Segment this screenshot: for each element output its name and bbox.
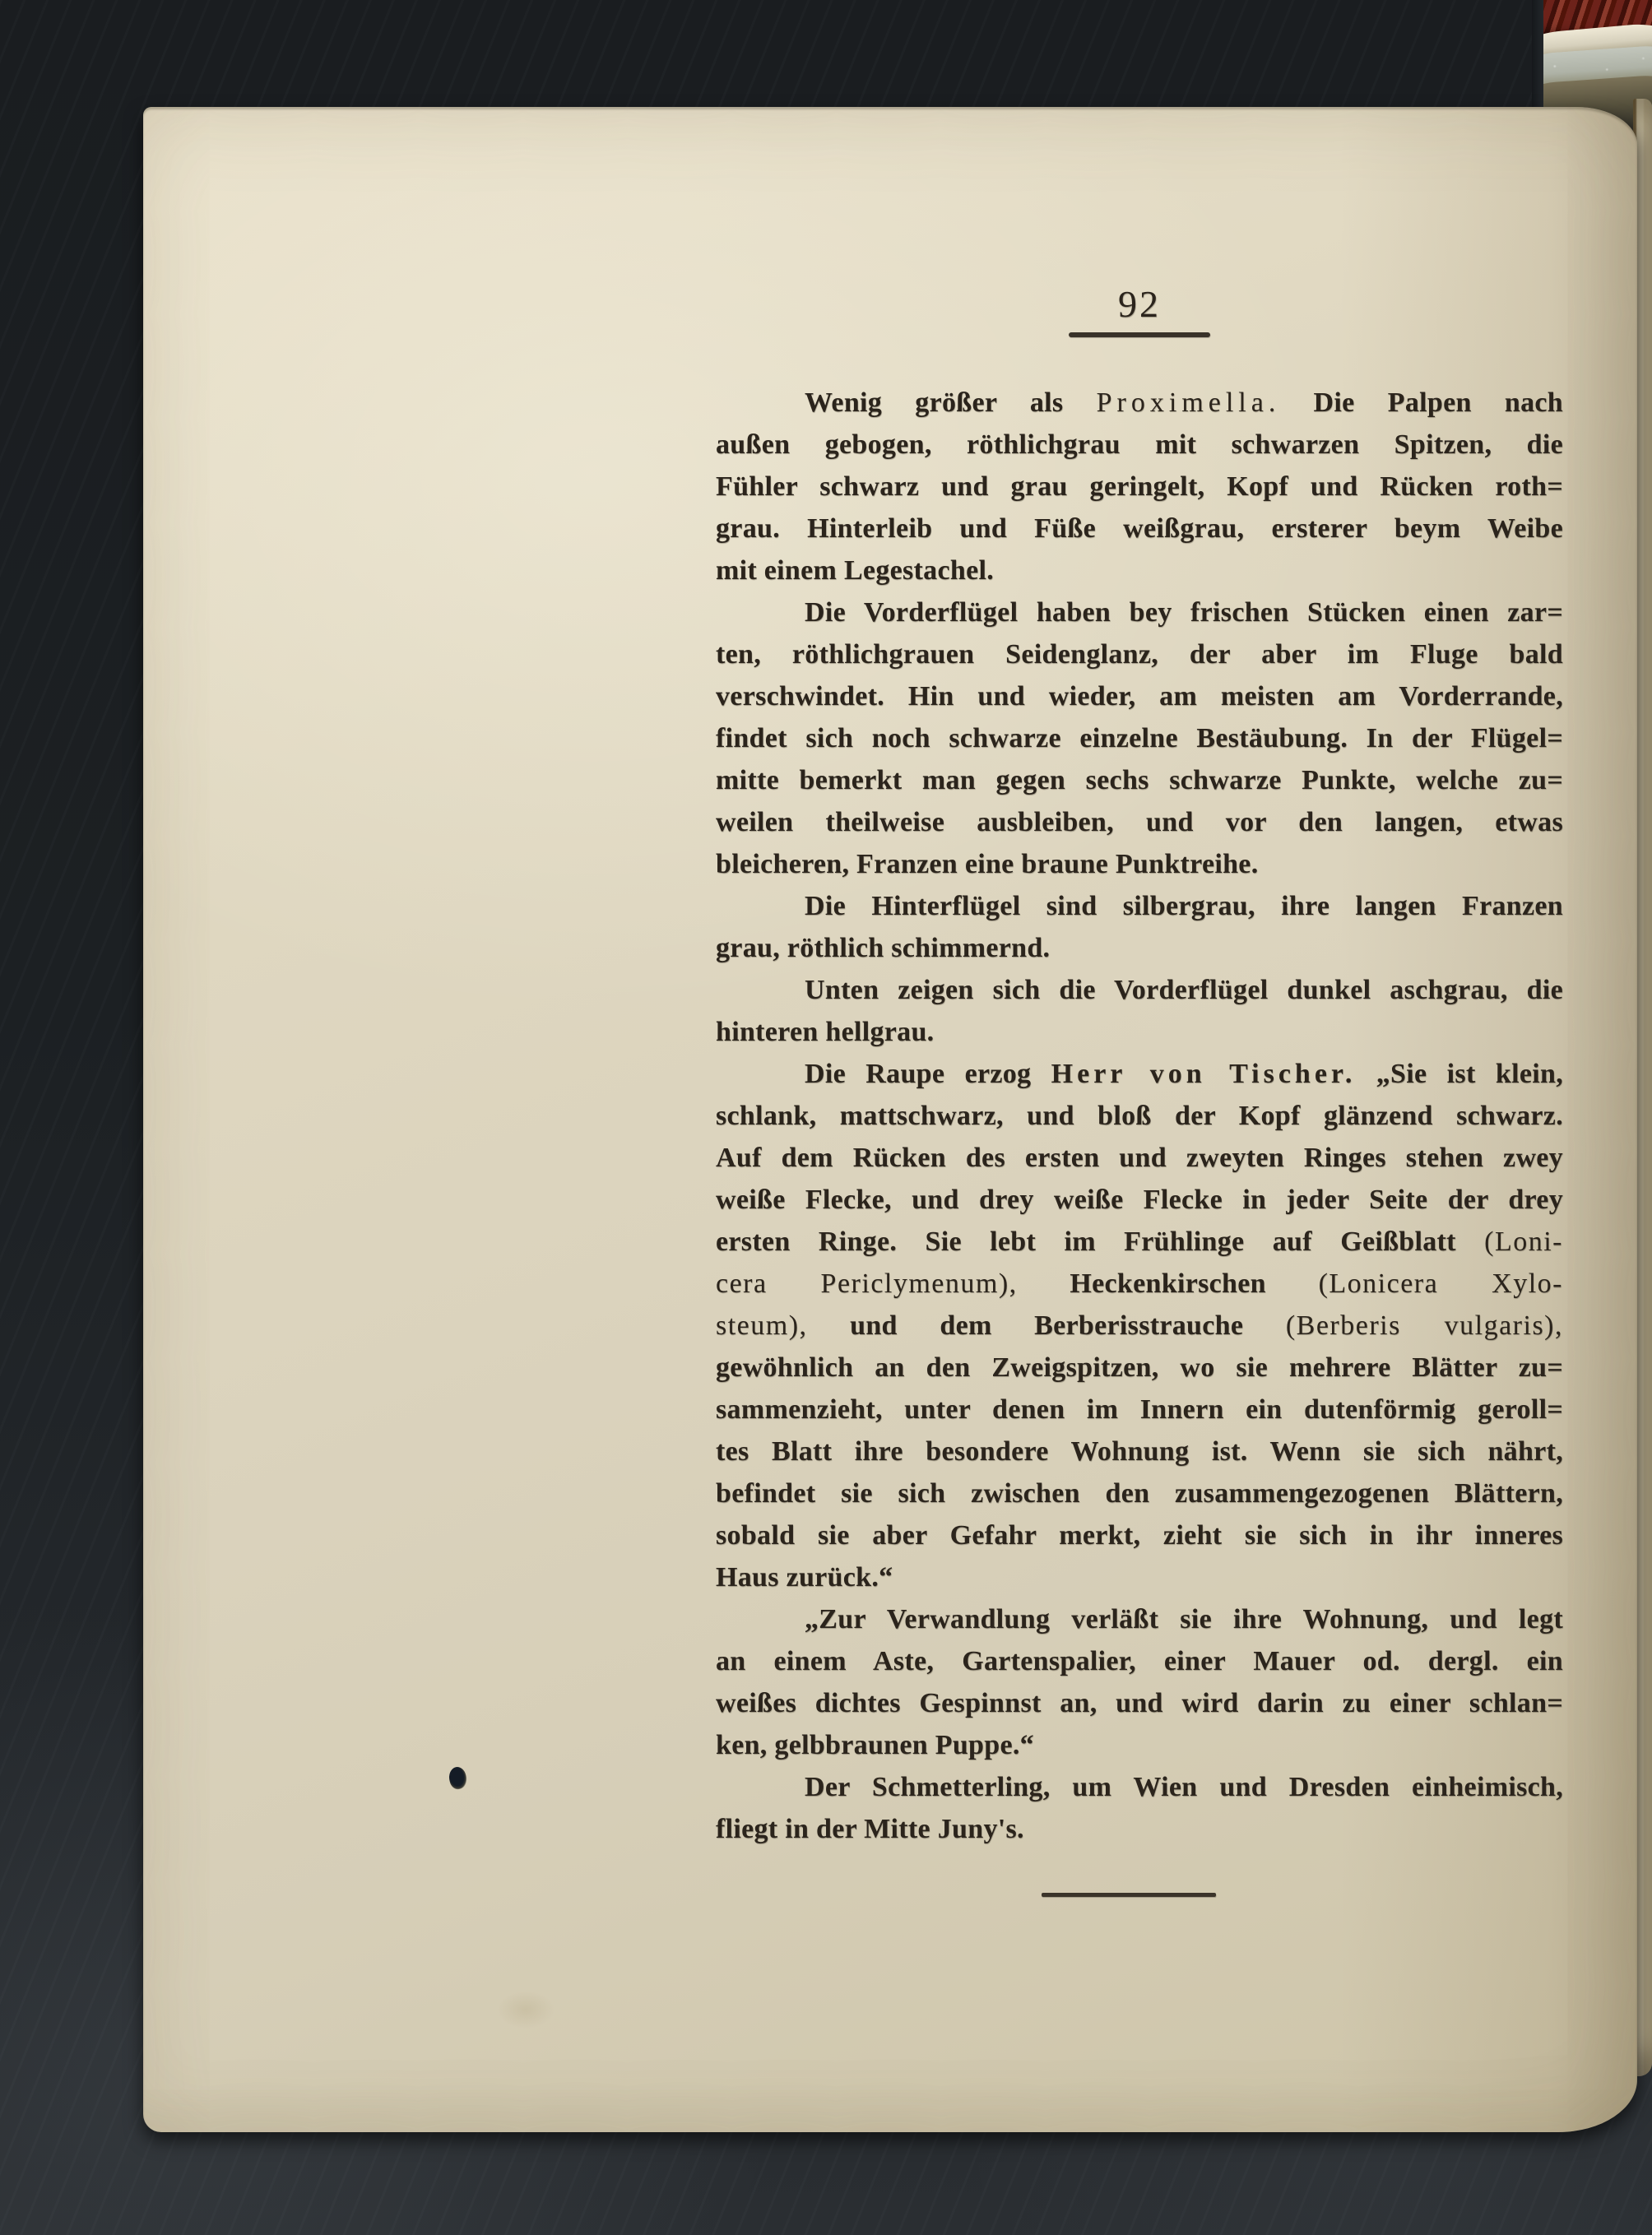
text-segment: gewöhnlich an den Zweigspitzen, wo sie m… [716,1352,1563,1383]
text-line: hinteren hellgrau. [716,1011,1563,1053]
text-segment: Auf dem Rücken des ersten und zweyten Ri… [716,1143,1563,1173]
text-segment: sobald sie aber Gefahr merkt, zieht sie … [716,1520,1563,1551]
text-line: außen gebogen, röthlichgrau mit schwarze… [716,424,1563,466]
text-segment: Herr von Tischer. [1051,1059,1357,1089]
paragraph: Unten zeigen sich die Vorderflügel dunke… [716,969,1563,1053]
text-segment: Unten zeigen sich die Vorderflügel dunke… [805,975,1563,1005]
text-segment: Die Hinterflügel sind silbergrau, ihre l… [805,891,1563,921]
book-page: 92 Wenig größer als Proximella. Die Palp… [143,107,1637,2132]
text-segment: bleicheren, Franzen eine braune Punktrei… [716,849,1259,879]
text-line: weilen theilweise ausbleiben, und vor de… [716,801,1563,843]
text-segment: cera Periclymenum), [716,1268,1018,1299]
text-segment: (Lonicera Xylo- [1319,1268,1563,1299]
text-segment: hinteren hellgrau. [716,1017,934,1047]
ink-speck [447,1765,469,1791]
text-line: sammenzieht, unter denen im Innern ein d… [716,1389,1563,1430]
text-segment: (Loni- [1484,1226,1563,1257]
text-segment: Die Palpen nach [1280,387,1563,418]
paper-stain [497,1991,555,2029]
text-segment: mit einem Legestachel. [716,555,994,586]
text-line: fliegt in der Mitte Juny's. [716,1808,1563,1850]
text-segment: „Sie ist klein, [1356,1059,1563,1089]
text-segment: weilen theilweise ausbleiben, und vor de… [716,807,1563,837]
page-number: 92 [716,286,1563,322]
paragraph: Die Raupe erzog Herr von Tischer. „Sie i… [716,1053,1563,1598]
text-segment: findet sich noch schwarze einzelne Bestä… [716,723,1563,754]
text-line: weiße Flecke, und drey weiße Flecke in j… [716,1179,1563,1221]
paragraph: Die Vorderflügel haben bey frischen Stüc… [716,591,1563,885]
page-number-rule [1069,332,1210,337]
text-segment: verschwindet. Hin und wieder, am meisten… [716,681,1563,712]
text-segment: schlank, mattschwarz, und bloß der Kopf … [716,1101,1563,1131]
text-segment: außen gebogen, röthlichgrau mit schwarze… [716,429,1563,460]
text-segment: ken, gelbbraunen Puppe.“ [716,1730,1034,1760]
text-line: ken, gelbbraunen Puppe.“ [716,1724,1563,1766]
text-segment: Proximella. [1097,387,1281,418]
text-segment: ersten Ringe. Sie lebt im Frühlinge auf … [716,1226,1484,1257]
text-segment: Fühler schwarz und grau geringelt, Kopf … [716,471,1563,502]
text-line: an einem Aste, Gartenspalier, einer Maue… [716,1640,1563,1682]
text-segment: Die Raupe erzog [805,1059,1051,1089]
text-line: Auf dem Rücken des ersten und zweyten Ri… [716,1137,1563,1179]
text-segment: Heckenkirschen [1018,1268,1319,1299]
text-line: mitte bemerkt man gegen sechs schwarze P… [716,759,1563,801]
text-line: weißes dichtes Gespinnst an, und wird da… [716,1682,1563,1724]
text-line: cera Periclymenum), Heckenkirschen (Loni… [716,1263,1563,1305]
text-segment: tes Blatt ihre besondere Wohnung ist. We… [716,1436,1563,1467]
text-segment: fliegt in der Mitte Juny's. [716,1814,1024,1844]
paragraph: Die Hinterflügel sind silbergrau, ihre l… [716,885,1563,969]
text-line: steum), und dem Berberisstrauche (Berber… [716,1305,1563,1347]
paragraph: Wenig größer als Proximella. Die Palpen … [716,382,1563,591]
text-segment: befindet sie sich zwischen den zusammeng… [716,1478,1563,1509]
text-segment: Die Vorderflügel haben bey frischen Stüc… [805,597,1563,628]
text-segment: Der Schmetterling, um Wien und Dresden e… [805,1772,1563,1802]
text-segment: (Berberis vulgaris), [1286,1310,1563,1341]
text-line: Der Schmetterling, um Wien und Dresden e… [716,1766,1563,1808]
text-line: ersten Ringe. Sie lebt im Frühlinge auf … [716,1221,1563,1263]
cover-board-edge [1532,0,1543,123]
text-line: sobald sie aber Gefahr merkt, zieht sie … [716,1514,1563,1556]
text-line: verschwindet. Hin und wieder, am meisten… [716,675,1563,717]
text-line: Fühler schwarz und grau geringelt, Kopf … [716,466,1563,508]
text-line: ten, röthlichgrauen Seidenglanz, der abe… [716,633,1563,675]
text-line: befindet sie sich zwischen den zusammeng… [716,1472,1563,1514]
text-line: Wenig größer als Proximella. Die Palpen … [716,382,1563,424]
text-segment: an einem Aste, Gartenspalier, einer Maue… [716,1646,1563,1676]
text-line: bleicheren, Franzen eine braune Punktrei… [716,843,1563,885]
paragraph: Der Schmetterling, um Wien und Dresden e… [716,1766,1563,1850]
scanned-book-photo: 92 Wenig größer als Proximella. Die Palp… [0,0,1652,2235]
text-line: Die Raupe erzog Herr von Tischer. „Sie i… [716,1053,1563,1095]
text-line: „Zur Verwandlung verläßt sie ihre Wohnun… [716,1598,1563,1640]
section-end-rule [1042,1893,1216,1897]
text-segment: ten, röthlichgrauen Seidenglanz, der abe… [716,639,1563,670]
text-segment: Haus zurück.“ [716,1562,893,1593]
text-line: Die Vorderflügel haben bey frischen Stüc… [716,591,1563,633]
text-line: tes Blatt ihre besondere Wohnung ist. We… [716,1430,1563,1472]
text-segment: Wenig größer als [805,387,1097,418]
text-segment: „Zur Verwandlung verläßt sie ihre Wohnun… [805,1604,1563,1635]
text-line: findet sich noch schwarze einzelne Bestä… [716,717,1563,759]
text-line: schlank, mattschwarz, und bloß der Kopf … [716,1095,1563,1137]
text-line: gewöhnlich an den Zweigspitzen, wo sie m… [716,1347,1563,1389]
page-header: 92 [716,286,1563,337]
text-segment: grau, röthlich schimmernd. [716,933,1050,963]
paragraph: „Zur Verwandlung verläßt sie ihre Wohnun… [716,1598,1563,1766]
text-line: Die Hinterflügel sind silbergrau, ihre l… [716,885,1563,927]
text-block: Wenig größer als Proximella. Die Palpen … [716,382,1563,1897]
text-segment: weißes dichtes Gespinnst an, und wird da… [716,1688,1563,1718]
text-line: mit einem Legestachel. [716,549,1563,591]
text-line: grau, röthlich schimmernd. [716,927,1563,969]
text-segment: steum), [716,1310,808,1341]
text-segment: mitte bemerkt man gegen sechs schwarze P… [716,765,1563,795]
text-segment: sammenzieht, unter denen im Innern ein d… [716,1394,1563,1425]
text-segment: und dem Berberisstrauche [808,1310,1286,1341]
text-line: Unten zeigen sich die Vorderflügel dunke… [716,969,1563,1011]
text-segment: grau. Hinterleib und Füße weißgrau, erst… [716,513,1563,544]
text-segment: weiße Flecke, und drey weiße Flecke in j… [716,1185,1563,1215]
text-line: grau. Hinterleib und Füße weißgrau, erst… [716,508,1563,549]
text-line: Haus zurück.“ [716,1556,1563,1598]
